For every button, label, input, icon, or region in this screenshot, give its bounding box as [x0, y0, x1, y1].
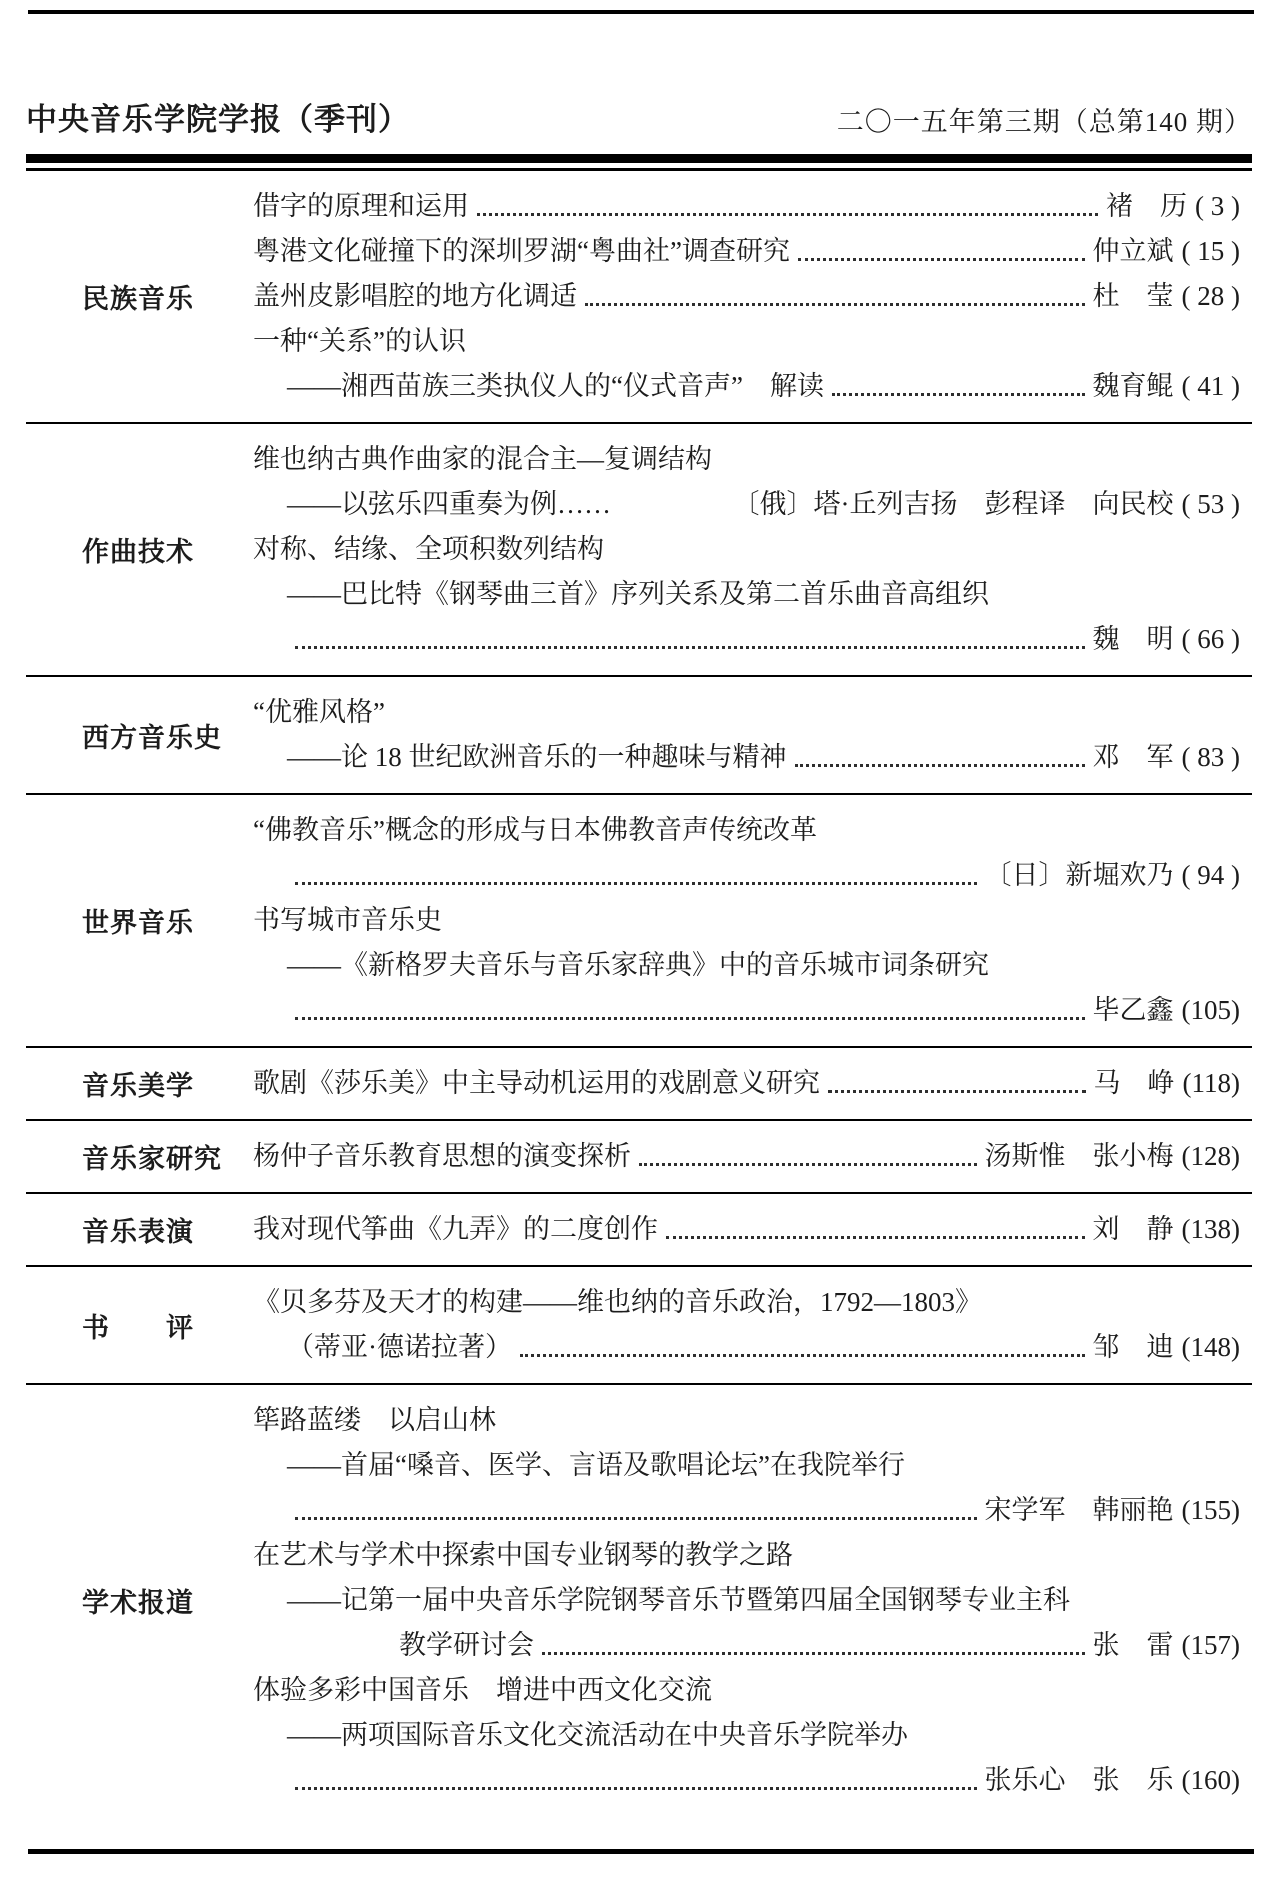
section-label: 世界音乐	[26, 901, 253, 940]
journal-toc-page: 中央音乐学院学报（季刊） 二〇一五年第三期（总第140 期） 民族音乐借字的原理…	[0, 0, 1278, 1878]
section-entries: 维也纳古典作曲家的混合主—复调结构——以弦乐四重奏为例……〔俄〕塔·丘列吉扬 彭…	[253, 437, 1252, 662]
dot-leader	[295, 1787, 977, 1790]
entry-author: 毕乙鑫	[1093, 988, 1174, 1033]
toc-sections: 民族音乐借字的原理和运用褚 历( 3 )粤港文化碰撞下的深圳罗湖“粤曲社”调查研…	[26, 171, 1252, 1816]
entry-title: ——以弦乐四重奏为例……	[287, 482, 611, 527]
entry-title: 我对现代筝曲《九弄》的二度创作	[253, 1207, 658, 1252]
entry-page-number: ( 15 )	[1182, 229, 1240, 274]
entry-title: （蒂亚·德诺拉著）	[287, 1325, 512, 1370]
toc-line: ——首届“嗓音、医学、言语及歌唱论坛”在我院举行	[253, 1443, 1240, 1488]
entry-title: 书写城市音乐史	[253, 898, 442, 943]
entry-author: 张 雷	[1093, 1623, 1174, 1668]
entry-author: 仲立斌	[1093, 229, 1174, 274]
entry-title: 一种“关系”的认识	[253, 319, 466, 364]
dot-leader	[295, 1517, 977, 1520]
toc-line: ——两项国际音乐文化交流活动在中央音乐学院举办	[253, 1713, 1240, 1758]
toc-line: ——记第一届中央音乐学院钢琴音乐节暨第四届全国钢琴专业主科	[253, 1578, 1240, 1623]
entry-author: 刘 静	[1093, 1207, 1174, 1252]
dot-leader	[828, 1090, 1086, 1093]
toc-line: 张乐心 张 乐(160)	[253, 1758, 1240, 1803]
entry-title: 杨仲子音乐教育思想的演变探析	[253, 1134, 631, 1179]
entry-title: ——两项国际音乐文化交流活动在中央音乐学院举办	[287, 1713, 908, 1758]
entry-page-number: ( 66 )	[1182, 617, 1240, 662]
toc-line: 毕乙鑫(105)	[253, 988, 1240, 1033]
journal-title: 中央音乐学院学报（季刊）	[26, 94, 410, 139]
entry-author: 宋学军 韩丽艳	[985, 1488, 1174, 1533]
dot-leader	[295, 1017, 1085, 1020]
entry-title: ——论 18 世纪欧洲音乐的一种趣味与精神	[287, 735, 787, 780]
entry-author: 〔俄〕塔·丘列吉扬 彭程译 向民校	[733, 482, 1174, 527]
toc-line: 宋学军 韩丽艳(155)	[253, 1488, 1240, 1533]
toc-line: 借字的原理和运用褚 历( 3 )	[253, 184, 1240, 229]
entry-title: 粤港文化碰撞下的深圳罗湖“粤曲社”调查研究	[253, 229, 790, 274]
issue-info: 二〇一五年第三期（总第140 期）	[837, 100, 1252, 139]
dot-leader	[295, 646, 1085, 649]
toc-line: 我对现代筝曲《九弄》的二度创作刘 静(138)	[253, 1207, 1240, 1252]
section-label: 书 评	[26, 1306, 253, 1345]
entry-page-number: (128)	[1182, 1134, 1240, 1179]
toc-section: 音乐表演我对现代筝曲《九弄》的二度创作刘 静(138)	[26, 1194, 1252, 1265]
section-label: 音乐美学	[26, 1064, 253, 1103]
dot-leader	[639, 1163, 977, 1166]
entry-author: 汤斯惟 张小梅	[985, 1134, 1174, 1179]
toc-line: 《贝多芬及天才的构建——维也纳的音乐政治，1792—1803》	[253, 1280, 1240, 1325]
dot-leader	[295, 882, 977, 885]
section-entries: 借字的原理和运用褚 历( 3 )粤港文化碰撞下的深圳罗湖“粤曲社”调查研究仲立斌…	[253, 184, 1252, 409]
entry-page-number: (118)	[1183, 1061, 1240, 1106]
toc-line: 在艺术与学术中探索中国专业钢琴的教学之路	[253, 1533, 1240, 1578]
toc-line: 体验多彩中国音乐 增进中西文化交流	[253, 1668, 1240, 1713]
entry-author: 〔日〕新堀欢乃	[985, 853, 1174, 898]
toc-line: 粤港文化碰撞下的深圳罗湖“粤曲社”调查研究仲立斌( 15 )	[253, 229, 1240, 274]
entry-page-number: ( 41 )	[1182, 364, 1240, 409]
toc-line: （蒂亚·德诺拉著）邹 迪(148)	[253, 1325, 1240, 1370]
top-rule	[28, 10, 1254, 14]
toc-line: 教学研讨会张 雷(157)	[253, 1623, 1240, 1668]
entry-author: 马 峥	[1094, 1061, 1175, 1106]
entry-title: 体验多彩中国音乐 增进中西文化交流	[253, 1668, 712, 1713]
entry-page-number: (160)	[1182, 1758, 1240, 1803]
entry-title: 对称、结缘、全项积数列结构	[253, 527, 604, 572]
entry-page-number: (138)	[1182, 1207, 1240, 1252]
entry-title: 歌剧《莎乐美》中主导动机运用的戏剧意义研究	[253, 1061, 820, 1106]
section-label: 音乐表演	[26, 1210, 253, 1249]
toc-section: 书 评《贝多芬及天才的构建——维也纳的音乐政治，1792—1803》（蒂亚·德诺…	[26, 1267, 1252, 1383]
toc-line: 书写城市音乐史	[253, 898, 1240, 943]
entry-page-number: ( 94 )	[1182, 853, 1240, 898]
entry-title: ——湘西苗族三类执仪人的“仪式音声” 解读	[287, 364, 824, 409]
entry-author: 张乐心 张 乐	[985, 1758, 1174, 1803]
entry-title: ——首届“嗓音、医学、言语及歌唱论坛”在我院举行	[287, 1443, 905, 1488]
dot-leader	[798, 258, 1085, 261]
entry-title: 在艺术与学术中探索中国专业钢琴的教学之路	[253, 1533, 793, 1578]
entry-title: 盖州皮影唱腔的地方化调适	[253, 274, 577, 319]
section-entries: 我对现代筝曲《九弄》的二度创作刘 静(138)	[253, 1207, 1252, 1252]
toc-line: 〔日〕新堀欢乃( 94 )	[253, 853, 1240, 898]
entry-title: 筚路蓝缕 以启山林	[253, 1398, 496, 1443]
toc-line: 魏 明( 66 )	[253, 617, 1240, 662]
section-label: 民族音乐	[26, 277, 253, 316]
toc-line: ——论 18 世纪欧洲音乐的一种趣味与精神邓 军( 83 )	[253, 735, 1240, 780]
toc-section: 音乐家研究杨仲子音乐教育思想的演变探析汤斯惟 张小梅(128)	[26, 1121, 1252, 1192]
toc-line: 维也纳古典作曲家的混合主—复调结构	[253, 437, 1240, 482]
dot-leader	[542, 1652, 1085, 1655]
toc-line: 对称、结缘、全项积数列结构	[253, 527, 1240, 572]
section-entries: 歌剧《莎乐美》中主导动机运用的戏剧意义研究马 峥(118)	[253, 1061, 1252, 1106]
entry-author: 杜 莹	[1093, 274, 1174, 319]
section-label: 学术报道	[26, 1581, 253, 1620]
entry-page-number: (105)	[1182, 988, 1240, 1033]
entry-page-number: (148)	[1182, 1325, 1240, 1370]
entry-author: 褚 历	[1106, 184, 1187, 229]
entry-page-number: ( 28 )	[1182, 274, 1240, 319]
toc-section: 作曲技术维也纳古典作曲家的混合主—复调结构——以弦乐四重奏为例……〔俄〕塔·丘列…	[26, 424, 1252, 675]
section-entries: “优雅风格”——论 18 世纪欧洲音乐的一种趣味与精神邓 军( 83 )	[253, 690, 1252, 780]
toc-line: “优雅风格”	[253, 690, 1240, 735]
entry-page-number: ( 3 )	[1195, 184, 1240, 229]
section-entries: “佛教音乐”概念的形成与日本佛教音声传统改革〔日〕新堀欢乃( 94 )书写城市音…	[253, 808, 1252, 1033]
toc-section: 世界音乐“佛教音乐”概念的形成与日本佛教音声传统改革〔日〕新堀欢乃( 94 )书…	[26, 795, 1252, 1046]
entry-page-number: ( 83 )	[1182, 735, 1240, 780]
toc-line: “佛教音乐”概念的形成与日本佛教音声传统改革	[253, 808, 1240, 853]
dot-leader	[585, 303, 1085, 306]
toc-section: 学术报道筚路蓝缕 以启山林——首届“嗓音、医学、言语及歌唱论坛”在我院举行宋学军…	[26, 1385, 1252, 1816]
toc-line: 一种“关系”的认识	[253, 319, 1240, 364]
dot-leader	[666, 1236, 1085, 1239]
entry-title: 借字的原理和运用	[253, 184, 469, 229]
entry-author: 邓 军	[1093, 735, 1174, 780]
toc-line: 筚路蓝缕 以启山林	[253, 1398, 1240, 1443]
entry-title: “佛教音乐”概念的形成与日本佛教音声传统改革	[253, 808, 817, 853]
section-entries: 《贝多芬及天才的构建——维也纳的音乐政治，1792—1803》（蒂亚·德诺拉著）…	[253, 1280, 1252, 1370]
entry-title: 教学研讨会	[399, 1623, 534, 1668]
dot-leader	[477, 213, 1098, 216]
toc-line: 盖州皮影唱腔的地方化调适杜 莹( 28 )	[253, 274, 1240, 319]
toc-line: ——以弦乐四重奏为例……〔俄〕塔·丘列吉扬 彭程译 向民校( 53 )	[253, 482, 1240, 527]
page-header: 中央音乐学院学报（季刊） 二〇一五年第三期（总第140 期）	[26, 0, 1252, 139]
section-label: 音乐家研究	[26, 1137, 253, 1176]
toc-line: ——巴比特《钢琴曲三首》序列关系及第二首乐曲音高组织	[253, 572, 1240, 617]
header-rule-thick	[26, 154, 1252, 163]
dot-leader	[520, 1354, 1085, 1357]
section-entries: 杨仲子音乐教育思想的演变探析汤斯惟 张小梅(128)	[253, 1134, 1252, 1179]
toc-section: 音乐美学歌剧《莎乐美》中主导动机运用的戏剧意义研究马 峥(118)	[26, 1048, 1252, 1119]
toc-line: ——《新格罗夫音乐与音乐家辞典》中的音乐城市词条研究	[253, 943, 1240, 988]
entry-page-number: (155)	[1182, 1488, 1240, 1533]
section-entries: 筚路蓝缕 以启山林——首届“嗓音、医学、言语及歌唱论坛”在我院举行宋学军 韩丽艳…	[253, 1398, 1252, 1803]
dot-leader	[795, 764, 1085, 767]
entry-page-number: (157)	[1182, 1623, 1240, 1668]
entry-author: 魏 明	[1093, 617, 1174, 662]
section-label: 作曲技术	[26, 530, 253, 569]
toc-section: 民族音乐借字的原理和运用褚 历( 3 )粤港文化碰撞下的深圳罗湖“粤曲社”调查研…	[26, 171, 1252, 422]
bottom-rule	[28, 1849, 1254, 1854]
entry-title: ——巴比特《钢琴曲三首》序列关系及第二首乐曲音高组织	[287, 572, 989, 617]
entry-author: 邹 迪	[1093, 1325, 1174, 1370]
toc-line: 杨仲子音乐教育思想的演变探析汤斯惟 张小梅(128)	[253, 1134, 1240, 1179]
entry-title: 维也纳古典作曲家的混合主—复调结构	[253, 437, 712, 482]
entry-author: 魏育鲲	[1093, 364, 1174, 409]
entry-title: 《贝多芬及天才的构建——维也纳的音乐政治，1792—1803》	[253, 1280, 982, 1325]
entry-title: “优雅风格”	[253, 690, 385, 735]
entry-page-number: ( 53 )	[1182, 482, 1240, 527]
entry-title: ——记第一届中央音乐学院钢琴音乐节暨第四届全国钢琴专业主科	[287, 1578, 1070, 1623]
toc-line: ——湘西苗族三类执仪人的“仪式音声” 解读魏育鲲( 41 )	[253, 364, 1240, 409]
toc-line: 歌剧《莎乐美》中主导动机运用的戏剧意义研究马 峥(118)	[253, 1061, 1240, 1106]
section-label: 西方音乐史	[26, 716, 253, 755]
dot-leader	[832, 393, 1085, 396]
entry-title: ——《新格罗夫音乐与音乐家辞典》中的音乐城市词条研究	[287, 943, 989, 988]
toc-section: 西方音乐史“优雅风格”——论 18 世纪欧洲音乐的一种趣味与精神邓 军( 83 …	[26, 677, 1252, 793]
